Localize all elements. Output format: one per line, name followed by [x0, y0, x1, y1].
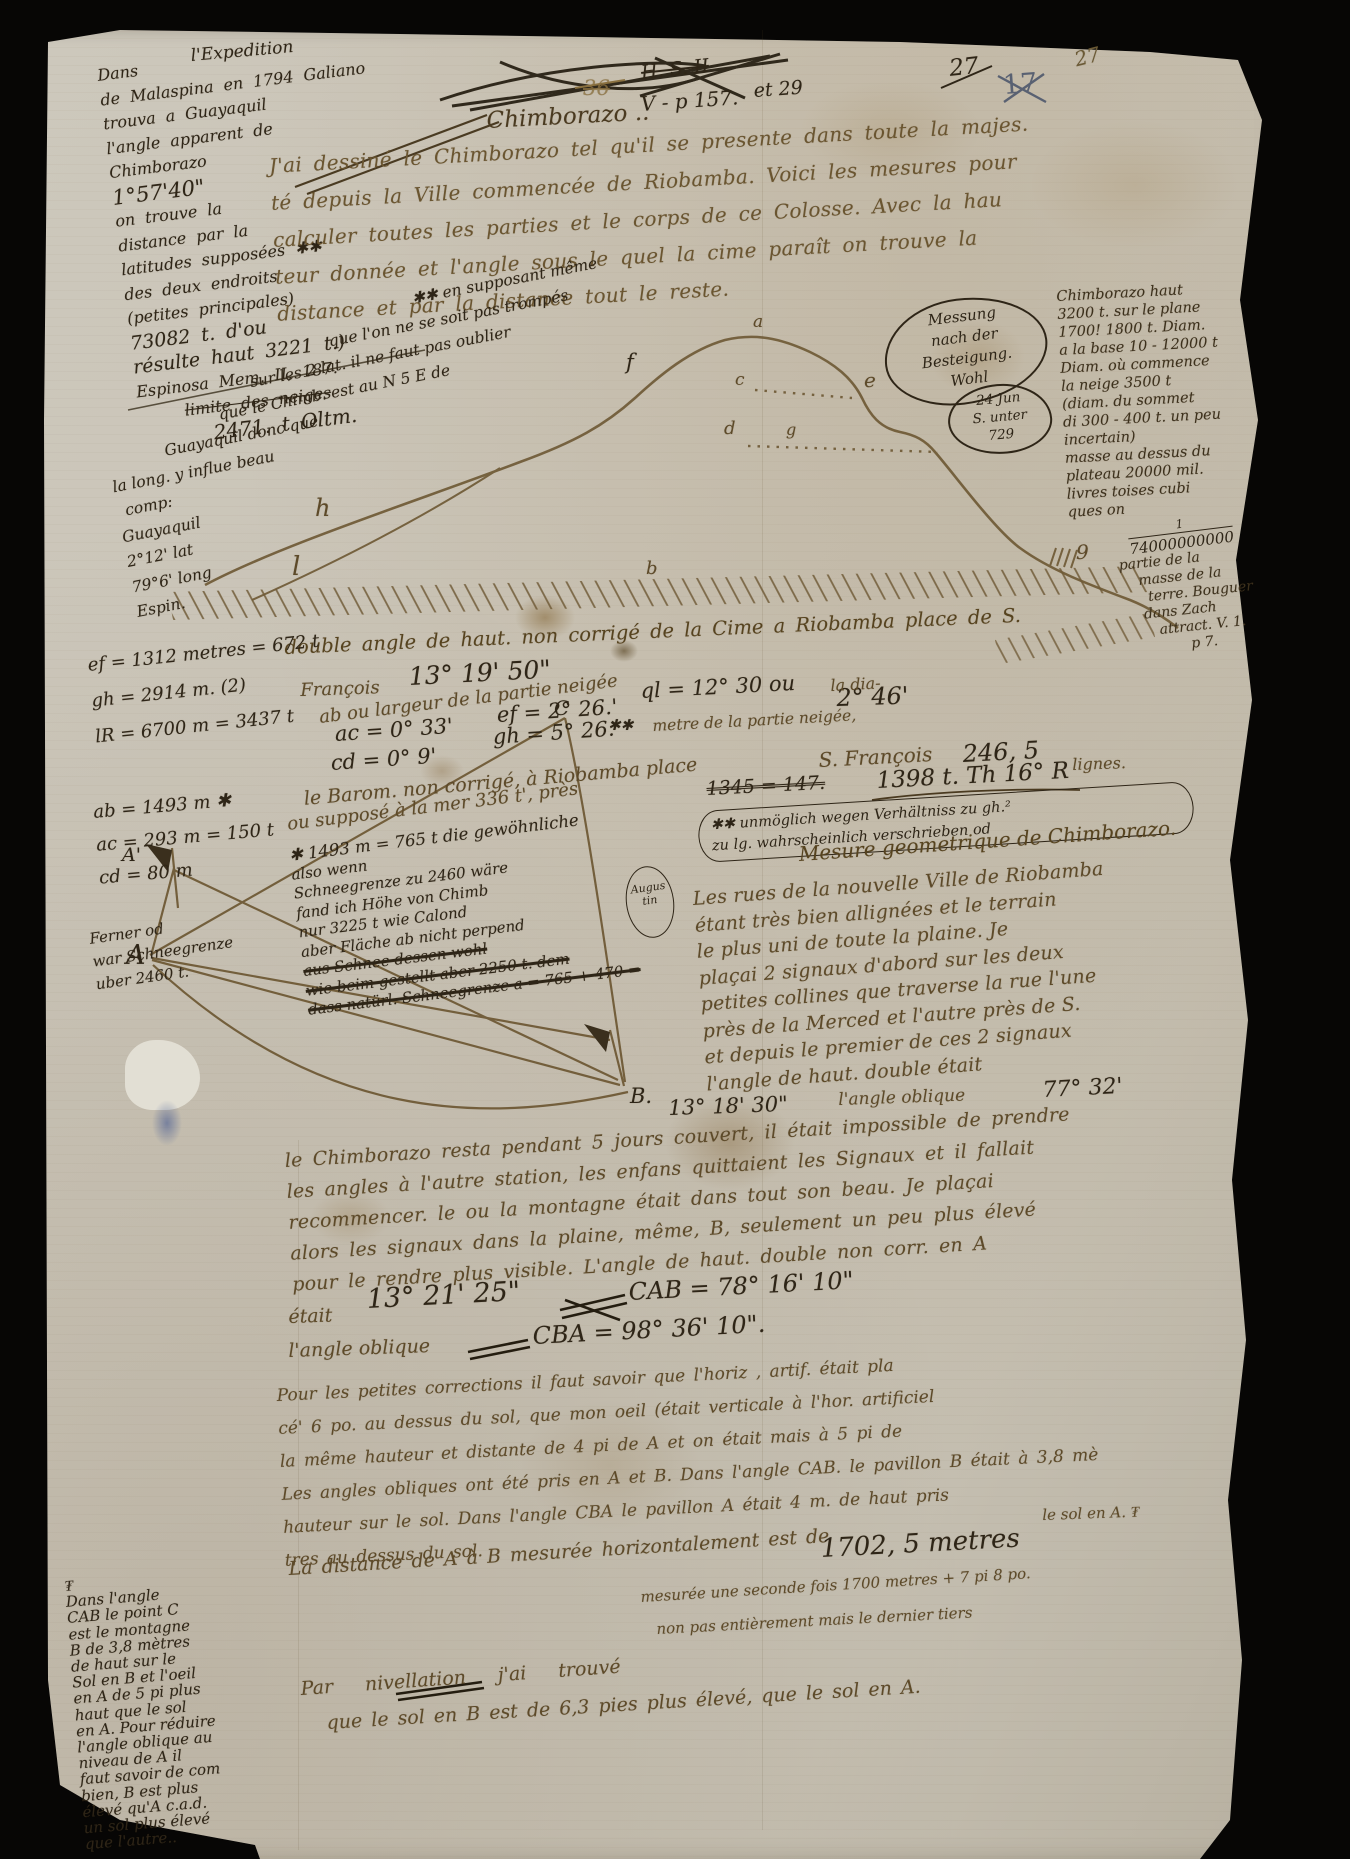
oblique-value: 77° 32': [1042, 1074, 1123, 1103]
riobamba-paragraph: Les rues de la nouvelle Ville de Riobamb…: [692, 856, 1118, 1098]
ql-continuation: la dia-: [830, 673, 881, 695]
vertex-a-label: A: [126, 940, 146, 971]
sketch-label-d: d: [724, 418, 736, 439]
vertex-a-prime-label: A': [122, 844, 141, 866]
etait-label: était: [288, 1304, 333, 1328]
sketch-label-c: c: [735, 370, 745, 390]
sketch-label-b: b: [646, 558, 658, 579]
sketch-label-g: g: [786, 420, 796, 439]
sketch-label-a: a: [753, 312, 763, 332]
crossed-number: 36: [583, 76, 610, 100]
margin-note-bottom-left: ₮Dans l'angleCAB le point Cest le montag…: [64, 1567, 226, 1853]
sketch-label-f: f: [626, 350, 634, 374]
page-number-ink: 27: [948, 53, 980, 82]
margin-note-right-2: partie de lamasse de laterre. Bouguerdan…: [1118, 544, 1259, 659]
lignes-label: lignes.: [1072, 753, 1126, 774]
vertex-b-label: B.: [630, 1084, 652, 1108]
page-reference-2: et 29: [753, 77, 804, 102]
page-number-pencil: 17: [1002, 68, 1038, 101]
fraction-numerator: 1: [1175, 517, 1184, 532]
manuscript-photo: l'Expedition H. S. II 36 V - p 157. et 2…: [0, 0, 1350, 1859]
first-signal-angle: 13° 18' 30": [668, 1092, 788, 1120]
sketch-label-9: 9: [1076, 540, 1089, 564]
left-equations-2: ab = 1493 m ✱ac = 293 m = 150 tcd = 80 m: [92, 780, 278, 894]
margin-note-right: Chimborazo haut3200 t. sur le plane1700!…: [1056, 280, 1227, 522]
sol-a-note: le sol en A. ₮: [1042, 1503, 1139, 1525]
sketch-label-e: e: [864, 368, 876, 392]
vertex-c-label: C: [554, 696, 569, 720]
